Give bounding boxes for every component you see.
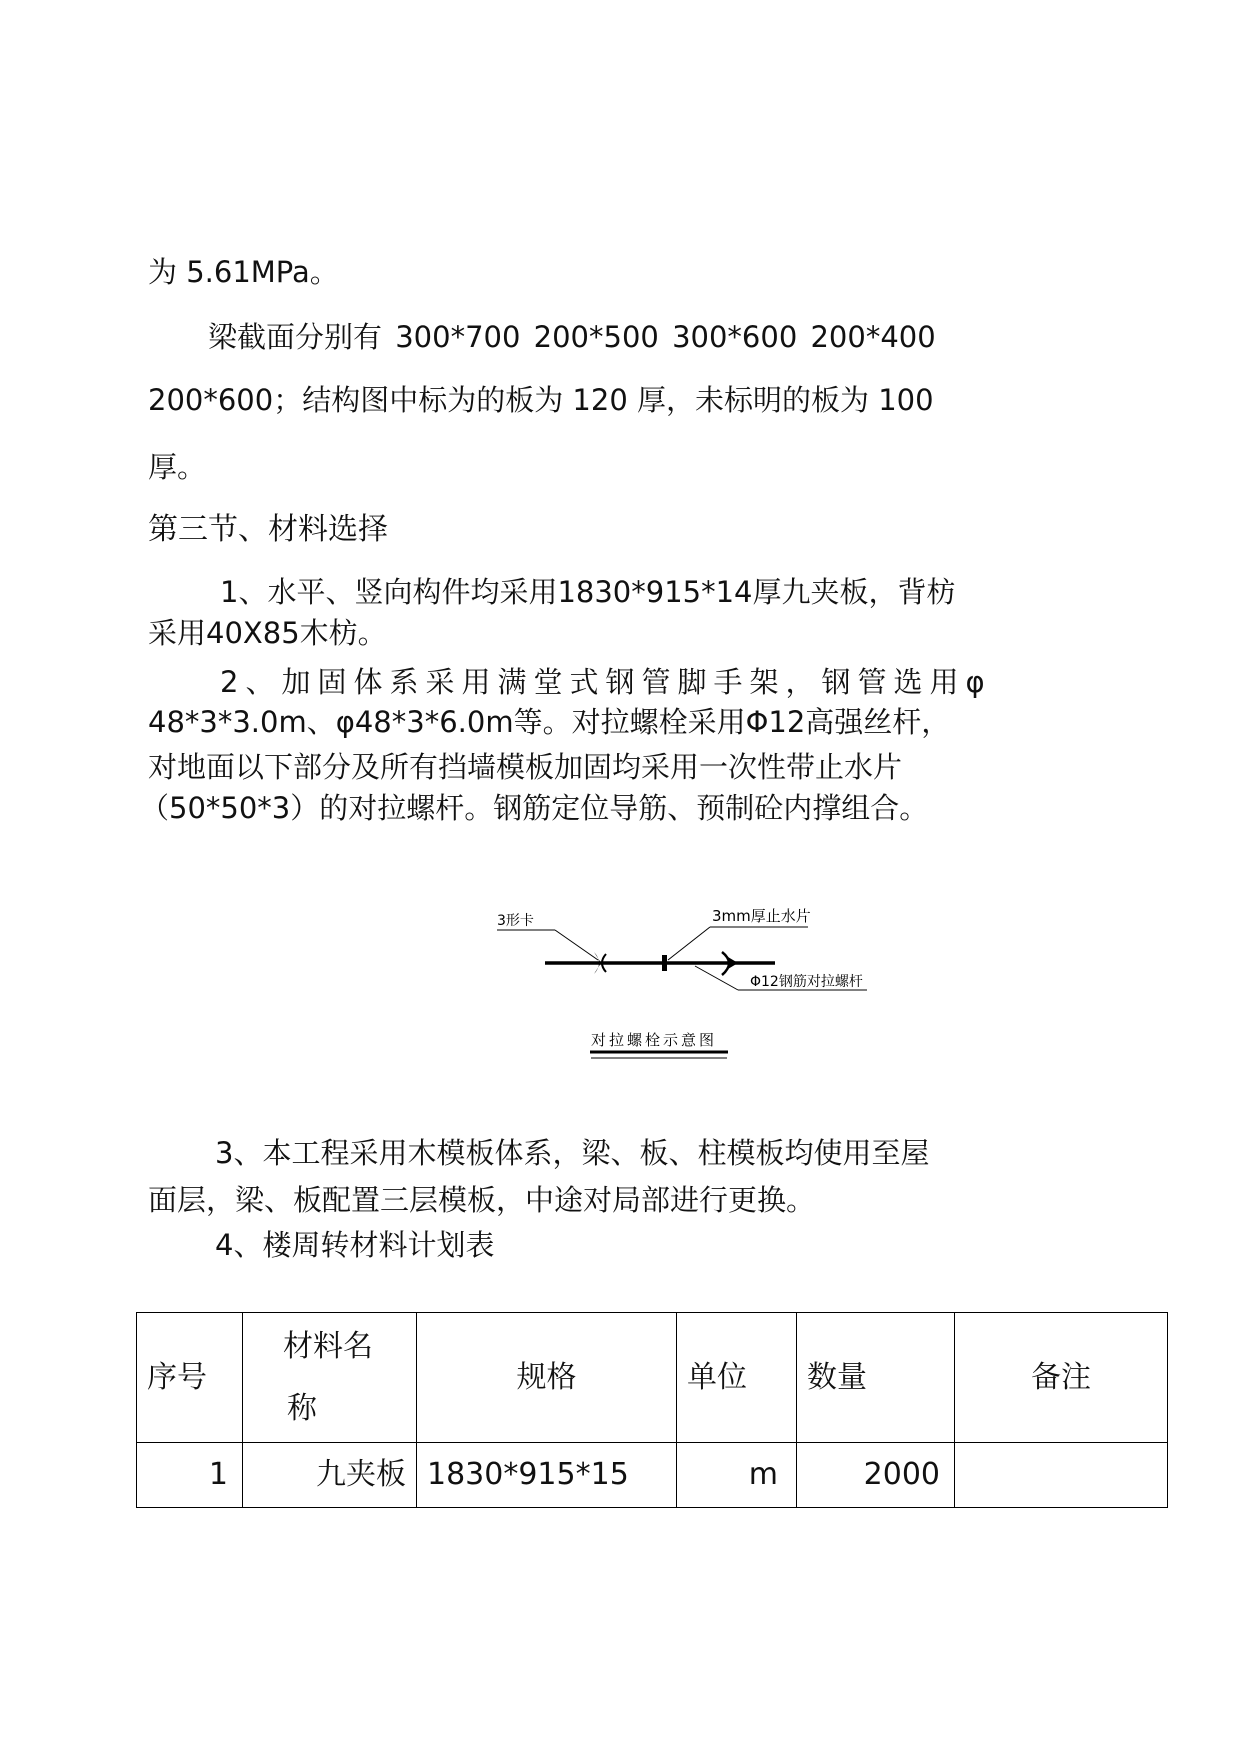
clip-icon [722, 952, 738, 975]
cell-unit: m [677, 1443, 797, 1508]
text-line: 48*3*3.0m、φ48*3*6.0m等。对拉螺栓采用Φ12高强丝杆， [148, 704, 950, 740]
header-unit: 单位 [677, 1313, 797, 1443]
clip-label: 3形卡 [497, 912, 534, 929]
cell-remark [955, 1443, 1168, 1508]
text-line: 200*600；结构图中标为的板为 120 厚，未标明的板为 100 [148, 382, 934, 418]
text-line: （50*50*3）的对拉螺杆。钢筋定位导筋、预制砼内撑组合。 [140, 790, 928, 826]
table-row: 1 九夹板 1830*915*15 m 2000 [137, 1443, 1168, 1508]
text-line: 2、加固体系采用满堂式钢管脚手架，钢管选用φ [220, 664, 992, 700]
header-qty: 数量 [797, 1313, 955, 1443]
header-name-line2: 称 [283, 1378, 406, 1440]
text-line: 采用40X85木枋。 [148, 615, 387, 651]
table-header-row: 序号 材料名 称 规格 单位 数量 备注 [137, 1313, 1168, 1443]
header-name-line1: 材料名 [283, 1316, 406, 1378]
text-line: 1、水平、竖向构件均采用1830*915*14厚九夹板，背枋 [220, 574, 956, 610]
clip-icon [594, 952, 606, 974]
text-line: 厚。 [148, 449, 206, 485]
header-material-name: 材料名 称 [243, 1313, 417, 1443]
cell-name: 九夹板 [243, 1443, 417, 1508]
text-line: 3、本工程采用木模板体系，梁、板、柱模板均使用至屋 [215, 1135, 929, 1171]
section-heading: 第三节、材料选择 [148, 512, 388, 548]
diagram-title: 对拉螺栓示意图 [591, 1031, 717, 1049]
text-line: 梁截面分别有 300*700 200*500 300*600 200*400 [208, 319, 936, 355]
header-seq: 序号 [137, 1313, 243, 1443]
rod-label: Φ12钢筋对拉螺杆 [750, 973, 863, 990]
text-line: 4、楼周转材料计划表 [215, 1227, 494, 1263]
cell-qty: 2000 [797, 1443, 955, 1508]
header-remark: 备注 [955, 1313, 1168, 1443]
waterstop-plate [662, 955, 667, 971]
cell-spec: 1830*915*15 [417, 1443, 677, 1508]
text-line: 对地面以下部分及所有挡墙模板加固均采用一次性带止水片 [148, 749, 902, 785]
text-line: 为 5.61MPa。 [148, 254, 339, 290]
cell-seq: 1 [137, 1443, 243, 1508]
text-line: 面层，梁、板配置三层模板，中途对局部进行更换。 [148, 1182, 815, 1218]
waterstop-label: 3mm厚止水片 [712, 907, 811, 925]
material-plan-table: 序号 材料名 称 规格 单位 数量 备注 1 九夹板 1830*915*15 m… [136, 1312, 1168, 1508]
header-spec: 规格 [417, 1313, 677, 1443]
